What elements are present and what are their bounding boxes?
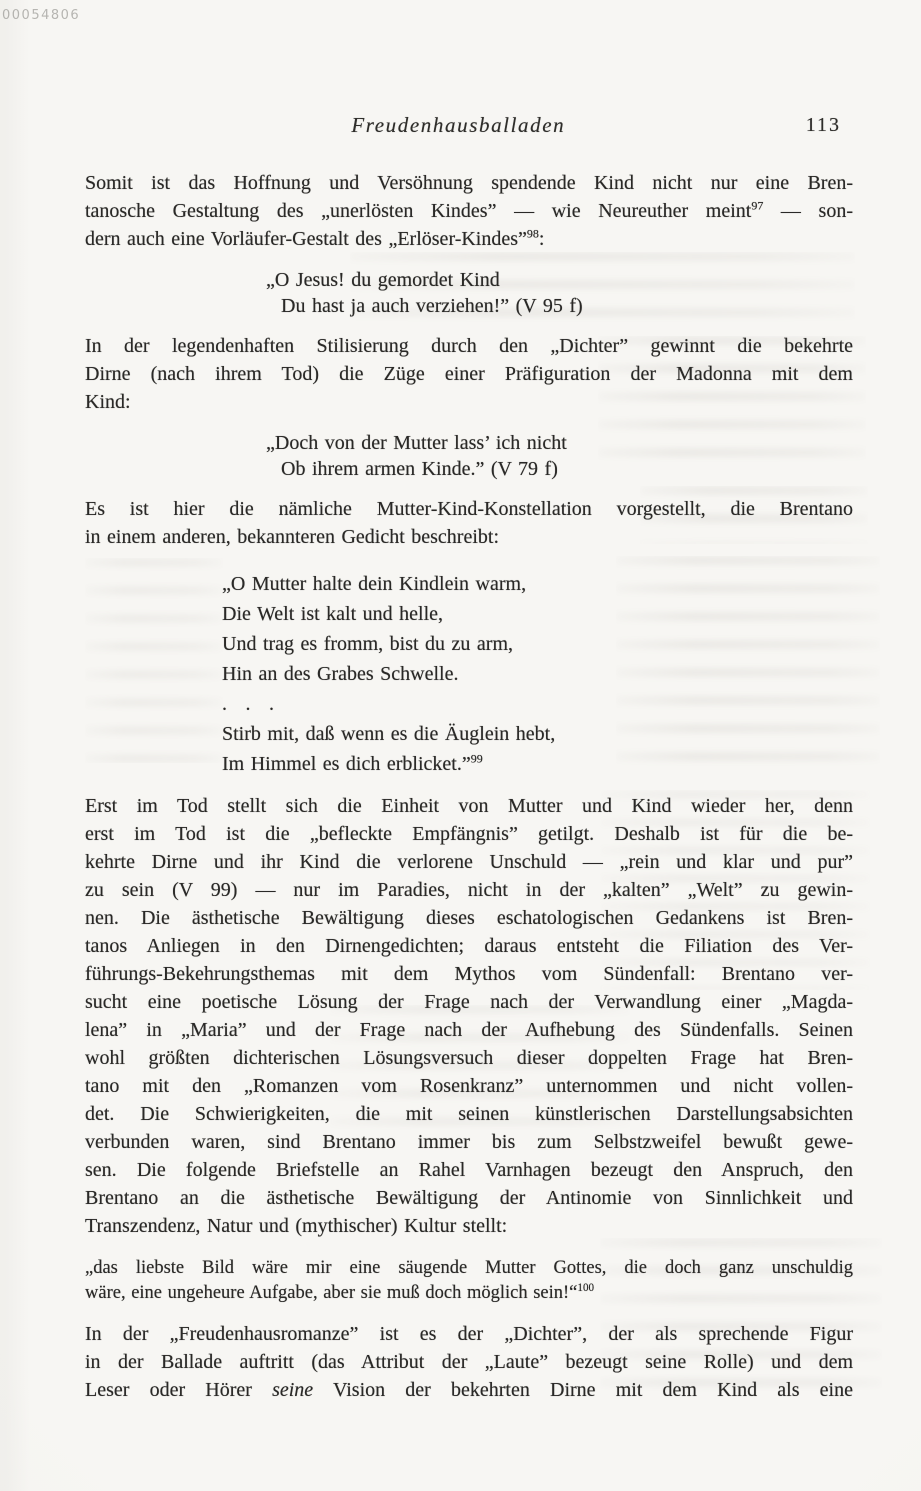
text-line: Leser oder Hörer seine Vision der bekehr… (85, 1376, 853, 1404)
text-line: tano mit den „Romanzen vom Rosenkranz” u… (85, 1072, 853, 1100)
text-line: wohl größten dichterischen Lösungsversuc… (85, 1044, 853, 1072)
text-line: Erst im Tod stellt sich die Einheit von … (85, 792, 853, 820)
text-line: verbunden waren, sind Brentano immer bis… (85, 1128, 853, 1156)
text-line: Und trag es fromm, bist du zu arm, (222, 629, 853, 659)
text-line: Dirne (nach ihrem Tod) die Züge einer Pr… (85, 360, 853, 388)
text-line: Kind: (85, 388, 853, 416)
content: Somit ist das Hoffnung und Versöhnung sp… (85, 169, 853, 1404)
text-line: Du hast ja auch verziehen!” (V 95 f) (266, 293, 853, 319)
paragraph: Somit ist das Hoffnung und Versöhnung sp… (85, 169, 853, 253)
text-line: „das liebste Bild wäre mir eine säugende… (85, 1256, 853, 1281)
text-line: tanos Anliegen in den Dirnengedichten; d… (85, 932, 853, 960)
text-line: dern auch eine Vorläufer-Gestalt des „Er… (85, 225, 853, 253)
text-line: . . . (222, 689, 853, 719)
running-head-title: Freudenhausballaden (351, 113, 565, 138)
footnote-marker: 99 (471, 751, 483, 765)
text-line: In der legendenhaften Stilisierung durch… (85, 332, 853, 360)
scanned-book-page: 00054806 Freudenhausballaden 113 Somit i… (0, 0, 921, 1491)
footnote-marker: 100 (577, 1282, 594, 1294)
paragraph: In der „Freudenhausromanze” ist es der „… (85, 1320, 853, 1404)
text-line: Die Welt ist kalt und helle, (222, 599, 853, 629)
text-line: Im Himmel es dich erblicket.”99 (222, 749, 853, 779)
text-line: Ob ihrem armen Kinde.” (V 79 f) (266, 456, 853, 482)
text-block: Freudenhausballaden 113 Somit ist das Ho… (85, 113, 853, 1404)
footnote-marker: 97 (751, 198, 763, 212)
poem-quote: „O Mutter halte dein Kindlein warm,Die W… (222, 569, 853, 779)
text-line: in einem anderen, bekannteren Gedicht be… (85, 523, 853, 551)
paragraph: Es ist hier die nämliche Mutter-Kind-Kon… (85, 495, 853, 551)
text-line: sucht eine poetische Lösung der Frage na… (85, 988, 853, 1016)
paragraph: Erst im Tod stellt sich die Einheit von … (85, 792, 853, 1240)
text-line: Stirb mit, daß wenn es die Äuglein hebt, (222, 719, 853, 749)
text-line: wäre, eine ungeheure Aufgabe, aber sie m… (85, 1281, 853, 1306)
text-line: Es ist hier die nämliche Mutter-Kind-Kon… (85, 495, 853, 523)
verse-quote: „O Jesus! du gemordet KindDu hast ja auc… (266, 267, 853, 319)
text-line: sen. Die folgende Briefstelle an Rahel V… (85, 1156, 853, 1184)
text-line: führungs-Bekehrungsthemas mit dem Mythos… (85, 960, 853, 988)
text-line: Transzendenz, Natur und (mythischer) Kul… (85, 1212, 853, 1240)
page-number: 113 (806, 114, 841, 137)
text-line: zu sein (V 99) — nur im Paradies, nicht … (85, 876, 853, 904)
letter-quote: „das liebste Bild wäre mir eine säugende… (85, 1256, 853, 1306)
paragraph: In der legendenhaften Stilisierung durch… (85, 332, 853, 416)
text-line: „Doch von der Mutter lass’ ich nicht (266, 430, 853, 456)
text-line: kehrte Dirne und ihr Kind die verlorene … (85, 848, 853, 876)
text-line: „O Jesus! du gemordet Kind (266, 267, 853, 293)
text-line: erst im Tod ist die „befleckte Empfängni… (85, 820, 853, 848)
text-line: Somit ist das Hoffnung und Versöhnung sp… (85, 169, 853, 197)
text-line: Brentano an die ästhetische Bewältigung … (85, 1184, 853, 1212)
text-line: nen. Die ästhetische Bewältigung dieses … (85, 904, 853, 932)
footnote-marker: 98 (527, 226, 539, 240)
running-head: Freudenhausballaden 113 (85, 113, 853, 142)
text-line: Hin an des Grabes Schwelle. (222, 659, 853, 689)
text-line: det. Die Schwierigkeiten, die mit seinen… (85, 1100, 853, 1128)
text-line: in der Ballade auftritt (das Attribut de… (85, 1348, 853, 1376)
verse-quote: „Doch von der Mutter lass’ ich nichtOb i… (266, 430, 853, 482)
text-line: „O Mutter halte dein Kindlein warm, (222, 569, 853, 599)
text-line: tanosche Gestaltung des „unerlösten Kind… (85, 197, 853, 225)
text-line: lena” in „Maria” und der Frage nach der … (85, 1016, 853, 1044)
text-line: In der „Freudenhausromanze” ist es der „… (85, 1320, 853, 1348)
scan-id-stamp: 00054806 (2, 8, 80, 23)
